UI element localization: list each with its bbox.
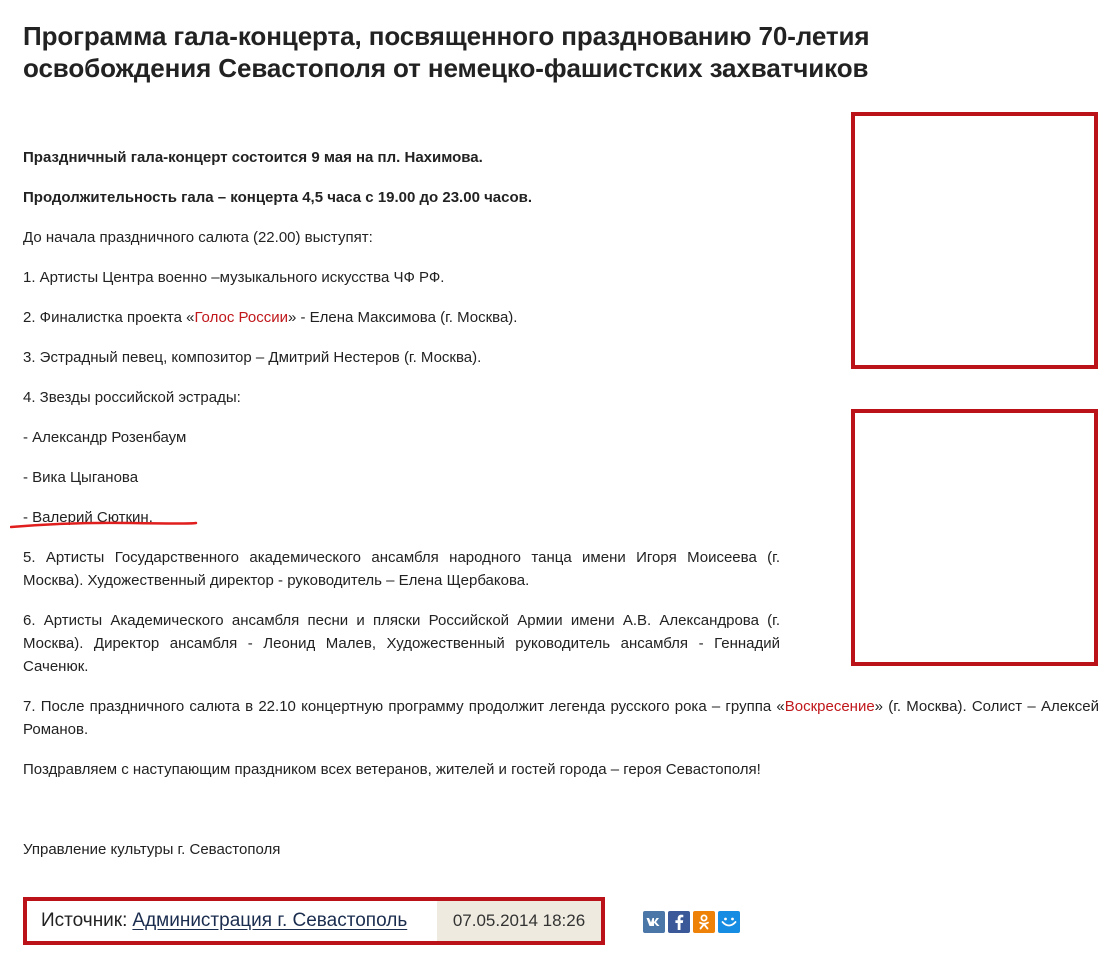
share-odnoklassniki-button[interactable] bbox=[693, 911, 715, 933]
star-list-item: - Александр Розенбаум bbox=[23, 426, 186, 449]
program-item-2: 2. Финалистка проекта «Голос России» - Е… bbox=[23, 306, 517, 329]
page-title-line-2: освобождения Севастополя от немецко-фаши… bbox=[23, 53, 868, 83]
program-item-2-text-end: » - Елена Максимова (г. Москва). bbox=[288, 309, 518, 326]
source-link[interactable]: Администрация г. Севастополь bbox=[132, 910, 407, 932]
program-item-6: 6. Артисты Академического ансамбля песни… bbox=[23, 609, 780, 678]
facebook-icon bbox=[674, 914, 684, 930]
program-item-3: 3. Эстрадный певец, композитор – Дмитрий… bbox=[23, 346, 481, 369]
signature-text: Управление культуры г. Севастополя bbox=[23, 838, 280, 861]
page-title: Программа гала-концерта, посвященного пр… bbox=[23, 20, 1023, 84]
program-item-7-text: 7. После праздничного салюта в 22.10 кон… bbox=[23, 698, 785, 715]
program-item-2-text: 2. Финалистка проекта « bbox=[23, 309, 194, 326]
page-title-line-1: Программа гала-концерта, посвященного пр… bbox=[23, 21, 869, 51]
source-bar: Источник: Администрация г. Севастополь 0… bbox=[23, 897, 605, 945]
golos-rossii-link[interactable]: Голос России bbox=[194, 309, 288, 326]
source-label: Источник: bbox=[41, 910, 127, 932]
program-item-1: 1. Артисты Центра военно –музыкального и… bbox=[23, 266, 444, 289]
intro-text: До начала праздничного салюта (22.00) вы… bbox=[23, 226, 373, 249]
red-underline-annotation bbox=[10, 518, 200, 530]
source-info: Источник: Администрация г. Севастополь bbox=[27, 901, 437, 941]
lead-duration: Продолжительность гала – концерта 4,5 ча… bbox=[23, 186, 532, 209]
highlight-box-bottom bbox=[851, 409, 1098, 666]
publish-date: 07.05.2014 18:26 bbox=[437, 901, 601, 941]
moi-mir-icon bbox=[721, 915, 737, 929]
share-buttons bbox=[643, 911, 740, 933]
star-list-item: - Вика Цыганова bbox=[23, 466, 138, 489]
highlight-box-top bbox=[851, 112, 1098, 369]
program-item-5: 5. Артисты Государственного академическо… bbox=[23, 546, 780, 592]
share-facebook-button[interactable] bbox=[668, 911, 690, 933]
share-moi-mir-button[interactable] bbox=[718, 911, 740, 933]
lead-date-place: Праздничный гала-концерт состоится 9 мая… bbox=[23, 146, 483, 169]
voskresenie-link[interactable]: Воскресение bbox=[785, 698, 875, 715]
greeting-text: Поздравляем с наступающим праздником все… bbox=[23, 758, 761, 781]
odnoklassniki-icon bbox=[698, 914, 710, 930]
program-item-7: 7. После праздничного салюта в 22.10 кон… bbox=[23, 695, 1099, 741]
program-item-4: 4. Звезды российской эстрады: bbox=[23, 386, 241, 409]
share-vk-button[interactable] bbox=[643, 911, 665, 933]
vk-icon bbox=[646, 917, 662, 927]
